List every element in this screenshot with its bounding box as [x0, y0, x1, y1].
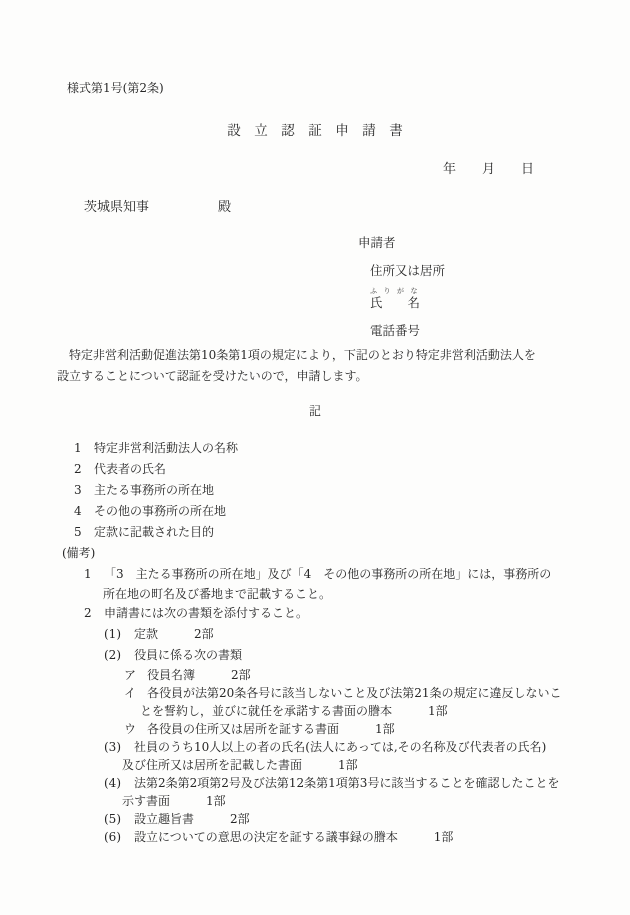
attachment-line: (4)法第2条第2項第2号及び法第12条第1項第3号に該当することを確認したこと… — [0, 774, 630, 792]
remark-note1-line1: 1「3 主たる事務所の所在地」及び「4 その他の事務所の所在地」には，事務所の — [0, 564, 630, 585]
attachment-marker: ウ — [124, 720, 147, 738]
item-text: 定款に記載された目的 — [94, 525, 214, 539]
applicant-block: 申請者 住所又は居所 ふりがな 氏 名 電話番号 — [358, 233, 445, 339]
attachment-text: 示す書面 — [122, 794, 170, 808]
applicant-heading: 申請者 — [358, 233, 445, 251]
item-number: 5 — [74, 522, 94, 543]
list-item: 2代表者の氏名 — [0, 459, 630, 480]
note-number: 1 — [84, 564, 104, 585]
attachment-line-continuation: とを誓約し，並びに就任を承諾する書面の謄本1部 — [0, 702, 630, 720]
body-paragraph: 特定非営利活動促進法第10条第1項の規定により，下記のとおり特定非営利活動法人を… — [57, 345, 617, 387]
attachment-count: 1部 — [428, 704, 448, 718]
attachment-line: (5)設立趣旨書2部 — [0, 810, 630, 828]
attachment-line: (1)定款2部 — [0, 624, 630, 645]
document-page: 様式第1号(第2条) 設 立 認 証 申 請 書 年 月 日 茨城県知事殿 申請… — [0, 0, 630, 915]
item-number: 1 — [74, 438, 94, 459]
list-item: 5定款に記載された目的 — [0, 522, 630, 543]
enumerated-list: 1特定非営利活動法人の名称 2代表者の氏名 3主たる事務所の所在地 4その他の事… — [0, 438, 630, 846]
attachment-marker: (6) — [104, 828, 134, 846]
item-text: 主たる事務所の所在地 — [94, 483, 214, 497]
attachment-text: 社員のうち10人以上の者の氏名(法人にあっては,その名称及び代表者の氏名) — [134, 740, 546, 754]
attachment-count: 1部 — [375, 722, 395, 736]
attachment-text: 設立趣旨書 — [134, 812, 194, 826]
attachment-text: 及び住所又は居所を記載した書面 — [122, 758, 302, 772]
attachment-marker: (4) — [104, 774, 134, 792]
attachment-marker: (1) — [104, 624, 134, 645]
note-text: 申請書には次の書類を添付すること。 — [104, 606, 308, 620]
remark-note1-line2: 所在地の町名及び番地まで記載すること。 — [0, 585, 630, 603]
item-text: その他の事務所の所在地 — [94, 504, 226, 518]
attachment-text: 法第2条第2項第2号及び法第12条第1項第3号に該当することを確認したことを — [134, 776, 559, 790]
attachment-line: ウ各役員の住所又は居所を証する書面1部 — [0, 720, 630, 738]
list-item: 3主たる事務所の所在地 — [0, 480, 630, 501]
name-group: ふりがな 氏 名 — [370, 287, 445, 310]
attachment-marker: (2) — [104, 645, 134, 666]
attachment-line-continuation: 示す書面1部 — [0, 792, 630, 810]
attachment-line: (6)設立についての意思の決定を証する議事録の謄本1部 — [0, 828, 630, 846]
attachment-text: 役員に係る次の書類 — [134, 648, 242, 662]
attachment-line: ア役員名簿2部 — [0, 666, 630, 684]
honorific: 殿 — [218, 200, 231, 215]
list-item: 4その他の事務所の所在地 — [0, 501, 630, 522]
attachment-count: 2部 — [194, 627, 214, 641]
attachment-count: 2部 — [231, 668, 251, 682]
attachment-marker: ア — [124, 666, 147, 684]
attachment-text: 各役員の住所又は居所を証する書面 — [147, 722, 339, 736]
date-line: 年 月 日 — [443, 158, 534, 177]
list-item: 1特定非営利活動法人の名称 — [0, 438, 630, 459]
form-number: 様式第1号(第2条) — [67, 79, 164, 96]
attachment-text: 定款 — [134, 627, 158, 641]
document-title: 設 立 認 証 申 請 書 — [0, 119, 630, 139]
attachment-marker: (5) — [104, 810, 134, 828]
item-text: 代表者の氏名 — [94, 462, 166, 476]
attachment-text: 設立についての意思の決定を証する議事録の謄本 — [134, 830, 398, 844]
item-number: 3 — [74, 480, 94, 501]
attachment-marker: イ — [124, 684, 147, 702]
attachment-line: (3)社員のうち10人以上の者の氏名(法人にあっては,その名称及び代表者の氏名) — [0, 738, 630, 756]
attachment-text: 役員名簿 — [147, 668, 195, 682]
item-number: 4 — [74, 501, 94, 522]
attachment-count: 1部 — [434, 830, 454, 844]
addressee-line: 茨城県知事殿 — [84, 196, 231, 215]
attachment-line-continuation: 及び住所又は居所を記載した書面1部 — [0, 756, 630, 774]
note-text: 「3 主たる事務所の所在地」及び「4 その他の事務所の所在地」には，事務所の — [104, 567, 551, 581]
body-paragraph-line1: 特定非営利活動促進法第10条第1項の規定により，下記のとおり特定非営利活動法人を — [57, 345, 617, 366]
record-heading: 記 — [0, 402, 630, 419]
attachment-line: (2)役員に係る次の書類 — [0, 645, 630, 666]
attachment-line: イ各役員が法第20条各号に該当しないこと及び法第21条の規定に違反しないこ — [0, 684, 630, 702]
item-text: 特定非営利活動法人の名称 — [94, 441, 238, 455]
attachment-marker: (3) — [104, 738, 134, 756]
item-number: 2 — [74, 459, 94, 480]
attachment-count: 2部 — [230, 812, 250, 826]
attachment-text: とを誓約し，並びに就任を承諾する書面の謄本 — [140, 704, 392, 718]
addressee-name: 茨城県知事 — [84, 200, 149, 215]
attachment-count: 1部 — [206, 794, 226, 808]
attachment-count: 1部 — [338, 758, 358, 772]
address-label: 住所又は居所 — [370, 261, 445, 279]
phone-label: 電話番号 — [370, 321, 445, 339]
body-paragraph-line2: 設立することについて認証を受けたいので，申請します。 — [57, 366, 617, 387]
note-number: 2 — [84, 603, 104, 624]
name-label: 氏 名 — [370, 296, 445, 310]
attachment-text: 各役員が法第20条各号に該当しないこと及び法第21条の規定に違反しないこ — [147, 686, 562, 700]
remarks-heading: (備考) — [0, 543, 630, 564]
remark-note2: 2申請書には次の書類を添付すること。 — [0, 603, 630, 624]
